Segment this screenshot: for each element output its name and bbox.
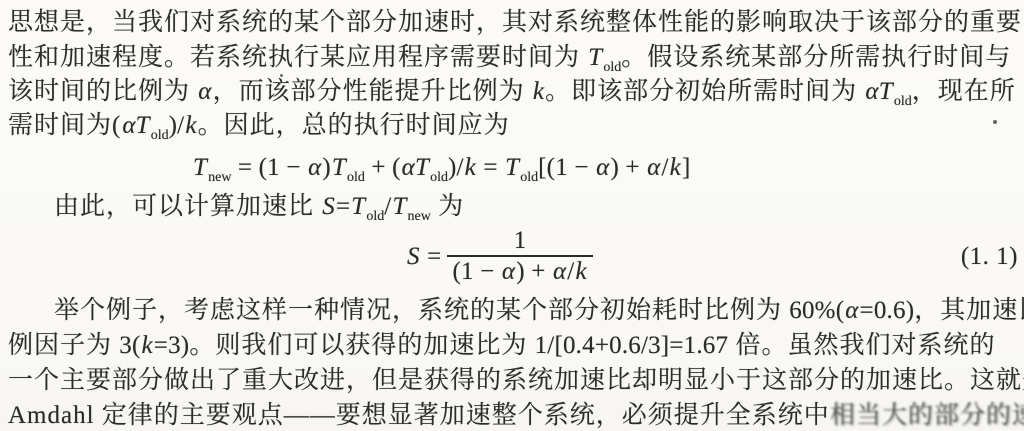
math-variable: α xyxy=(595,154,610,181)
text-segment: 3( xyxy=(119,332,140,359)
text-segment: 1/[0.4+0.6/3]=1.67 xyxy=(535,332,729,359)
math-variable: α xyxy=(501,258,516,285)
math-variable: T xyxy=(587,44,603,71)
math-variable: k xyxy=(464,154,477,181)
text-segment: 例因子为 xyxy=(8,332,119,359)
math-subscript: new xyxy=(408,209,431,224)
math-variable: S xyxy=(321,193,336,220)
text-segment: 需时间为( xyxy=(8,112,121,139)
math-subscript: old xyxy=(603,60,621,75)
math-variable: k xyxy=(532,78,545,105)
text-segment: = xyxy=(477,154,504,181)
text-segment: 为 xyxy=(431,193,464,220)
text-segment: 。则我们可以获得的加速比为 xyxy=(189,332,534,359)
text-segment: 该时间的比例为 xyxy=(8,78,197,105)
math-subscript: old xyxy=(520,170,538,185)
math-variable: T xyxy=(391,193,407,220)
equation-speedup: S = 1 (1 − α) + α/k xyxy=(406,227,593,286)
equation-number: (1. 1) xyxy=(961,243,1018,271)
math-variable: α xyxy=(307,154,322,181)
math-variable: T xyxy=(331,154,347,181)
text-segment: Amdahl 定律的主要观点——要想显著加速整个系统，必须提升全系统中 xyxy=(8,402,830,429)
text-segment: 举个例子，考虑这样一种情况，系统的某个部分初始耗时比例为 xyxy=(54,297,789,324)
math-subscript: old xyxy=(151,128,169,143)
math-variable: T xyxy=(504,154,520,181)
math-subscript: old xyxy=(430,170,448,185)
text-segment: ) + xyxy=(610,154,646,181)
text-segment: = (1 − xyxy=(231,154,307,181)
text-segment: 60%( xyxy=(789,297,844,324)
textbook-page: 思想是，当我们对系统的某个部分加速时，其对系统整体性能的影响取决于该部分的重要 … xyxy=(0,0,1024,431)
text-segment: ，其加速比 xyxy=(914,297,1024,324)
text-segment: ] xyxy=(682,154,691,181)
equation-tnew: Tnew = (1 − α)Told + (αTold)/k = Told[(1… xyxy=(192,153,690,193)
text-segment: 。假设系统某部分所需执行时间与 xyxy=(621,44,1011,71)
math-subscript: old xyxy=(366,209,384,224)
paragraph-line-7: 例因子为 3(k=3)。则我们可以获得的加速比为 1/[0.4+0.6/3]=1… xyxy=(8,331,995,361)
math-subscript: old xyxy=(894,94,912,109)
text-segment: 相当大的部分的速度。 xyxy=(830,402,1024,429)
text-segment: 性和加速程度。若系统执行某应用程序需要时间为 xyxy=(8,44,587,71)
equation-speedup-fraction: 1 (1 − α) + α/k xyxy=(447,227,592,286)
math-variable: k xyxy=(669,154,682,181)
fraction-denominator: (1 − α) + α/k xyxy=(447,255,592,286)
text-segment: 一个主要部分做出了重大改进，但是获得的系统加速比却明显小于这部分的加速比。这就是 xyxy=(8,367,1024,394)
text-segment: 倍。虽然我们对系统的 xyxy=(728,332,995,359)
text-segment: ) + xyxy=(516,258,552,285)
text-segment: )/ xyxy=(448,154,464,181)
text-segment: ，而该部分性能提升比例为 xyxy=(213,78,532,105)
math-variable: S xyxy=(406,243,421,270)
math-variable: k xyxy=(184,112,197,139)
math-variable: α xyxy=(552,258,567,285)
text-segment: )/ xyxy=(169,112,185,139)
dust-speck xyxy=(280,74,283,77)
math-variable: αT xyxy=(864,78,893,105)
paragraph-line-8: 一个主要部分做出了重大改进，但是获得的系统加速比却明显小于这部分的加速比。这就是 xyxy=(8,366,1024,396)
text-segment: ，现在所 xyxy=(912,78,1016,105)
dust-speck xyxy=(993,120,997,124)
math-variable: αT xyxy=(401,154,430,181)
text-segment: = xyxy=(421,243,442,270)
text-segment: 思想是，当我们对系统的某个部分加速时，其对系统整体性能的影响取决于该部分的重要 xyxy=(8,9,1022,36)
math-subscript: old xyxy=(347,170,365,185)
math-variable: T xyxy=(192,154,208,181)
paragraph-line-6: 举个例子，考虑这样一种情况，系统的某个部分初始耗时比例为 60%(α=0.6)，… xyxy=(54,296,1024,326)
text-segment: = xyxy=(336,193,350,220)
equation-speedup-lhs: S = xyxy=(406,243,441,271)
text-segment: (1 − xyxy=(452,258,500,285)
text-segment: / xyxy=(662,154,669,181)
math-variable: k xyxy=(574,258,587,285)
math-variable: αT xyxy=(121,112,150,139)
text-segment: 由此，可以计算加速比 xyxy=(54,193,321,220)
fraction-numerator: 1 xyxy=(510,227,531,255)
math-variable: α xyxy=(197,78,212,105)
paragraph-line-1: 思想是，当我们对系统的某个部分加速时，其对系统整体性能的影响取决于该部分的重要 xyxy=(8,8,1022,38)
math-variable: α xyxy=(844,297,859,324)
text-segment: 。即该部分初始所需时间为 xyxy=(545,78,864,105)
text-segment: 。因此，总的执行时间应为 xyxy=(198,112,510,139)
paragraph-line-9: Amdahl 定律的主要观点——要想显著加速整个系统，必须提升全系统中相当大的部… xyxy=(8,401,1024,431)
text-segment: =0.6) xyxy=(860,297,915,324)
text-segment: [(1 − xyxy=(538,154,595,181)
text-segment: ) xyxy=(322,154,331,181)
text-segment: + ( xyxy=(365,154,401,181)
math-subscript: new xyxy=(208,170,231,185)
paragraph-line-5: 由此，可以计算加速比 S=Told/Tnew 为 xyxy=(54,192,464,232)
math-variable: α xyxy=(646,154,661,181)
math-variable: k xyxy=(141,332,154,359)
paragraph-line-4: 需时间为(αTold)/k。因此，总的执行时间应为 xyxy=(8,111,510,151)
math-variable: T xyxy=(350,193,366,220)
text-segment: =3) xyxy=(154,332,190,359)
